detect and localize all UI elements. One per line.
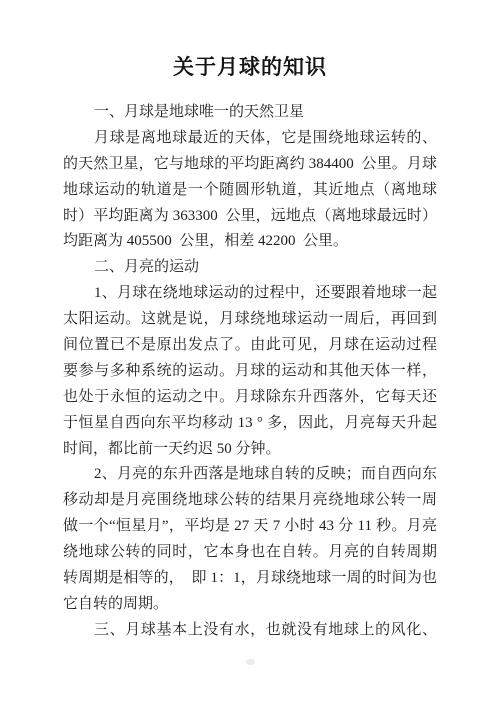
text-line: 2、月亮的东升西落是地球自转的反映；而自西向东的 bbox=[63, 462, 437, 488]
document-title: 关于月球的知识 bbox=[0, 51, 500, 81]
document-page: 关于月球的知识 一、月球是地球唯一的天然卫星月球是离地球最近的天体，它是围绕地球… bbox=[0, 0, 500, 707]
text-line: 做一个“恒星月”，平均是 27 天 7 小时 43 分 11 秒。月亮 bbox=[63, 514, 437, 540]
text-line: 要参与多种系统的运动。月球的运动和其他天体一样，月球 bbox=[63, 359, 437, 385]
text-line: 时）平均距离为 363300 公里，远地点（离地球最远时）平 bbox=[63, 204, 437, 230]
text-line: 于恒星自西向东平均移动 13 ° 多，因此，月亮每天升起来的 bbox=[63, 411, 437, 437]
document-body: 一、月球是地球唯一的天然卫星月球是离地球最近的天体，它是围绕地球运转的、唯一的天… bbox=[63, 100, 437, 644]
text-line: 均距离为 405500 公里，相差 42200 公里。 bbox=[63, 229, 437, 255]
text-line: 转周期是相等的， 即 1：1，月球绕地球一周的时间为也就是 bbox=[63, 566, 437, 592]
text-line: 二、月亮的运动 bbox=[63, 255, 437, 281]
text-line: 三、月球基本上没有水，也就没有地球上的风化、氧化 bbox=[63, 618, 437, 644]
text-line: 的天然卫星，它与地球的平均距离约 384400 公里。月球绕 bbox=[63, 152, 437, 178]
text-line: 月球是离地球最近的天体，它是围绕地球运转的、唯一 bbox=[63, 126, 437, 152]
text-line: 地球运动的轨道是一个随圆形轨道，其近地点（离地球最近 bbox=[63, 178, 437, 204]
text-line: 一、月球是地球唯一的天然卫星 bbox=[63, 100, 437, 126]
text-line: 间位置已不是原出发点了。由此可见，月球在运动过程中还 bbox=[63, 333, 437, 359]
scan-artifact bbox=[246, 659, 255, 665]
text-line: 它自转的周期。 bbox=[63, 592, 437, 618]
text-line: 1、月球在绕地球运动的过程中，还要跟着地球一起绕 bbox=[63, 281, 437, 307]
text-line: 太阳运动。这就是说，月球绕地球运动一周后，再回到的空 bbox=[63, 307, 437, 333]
text-line: 时间，都比前一天约迟 50 分钟。 bbox=[63, 437, 437, 463]
text-line: 也处于永恒的运动之中。月球除东升西落外，它每天还相对 bbox=[63, 385, 437, 411]
text-line: 移动却是月亮围绕地球公转的结果月亮绕地球公转一周叫 bbox=[63, 488, 437, 514]
text-line: 绕地球公转的同时，它本身也在自转。月亮的自转周期和公 bbox=[63, 540, 437, 566]
